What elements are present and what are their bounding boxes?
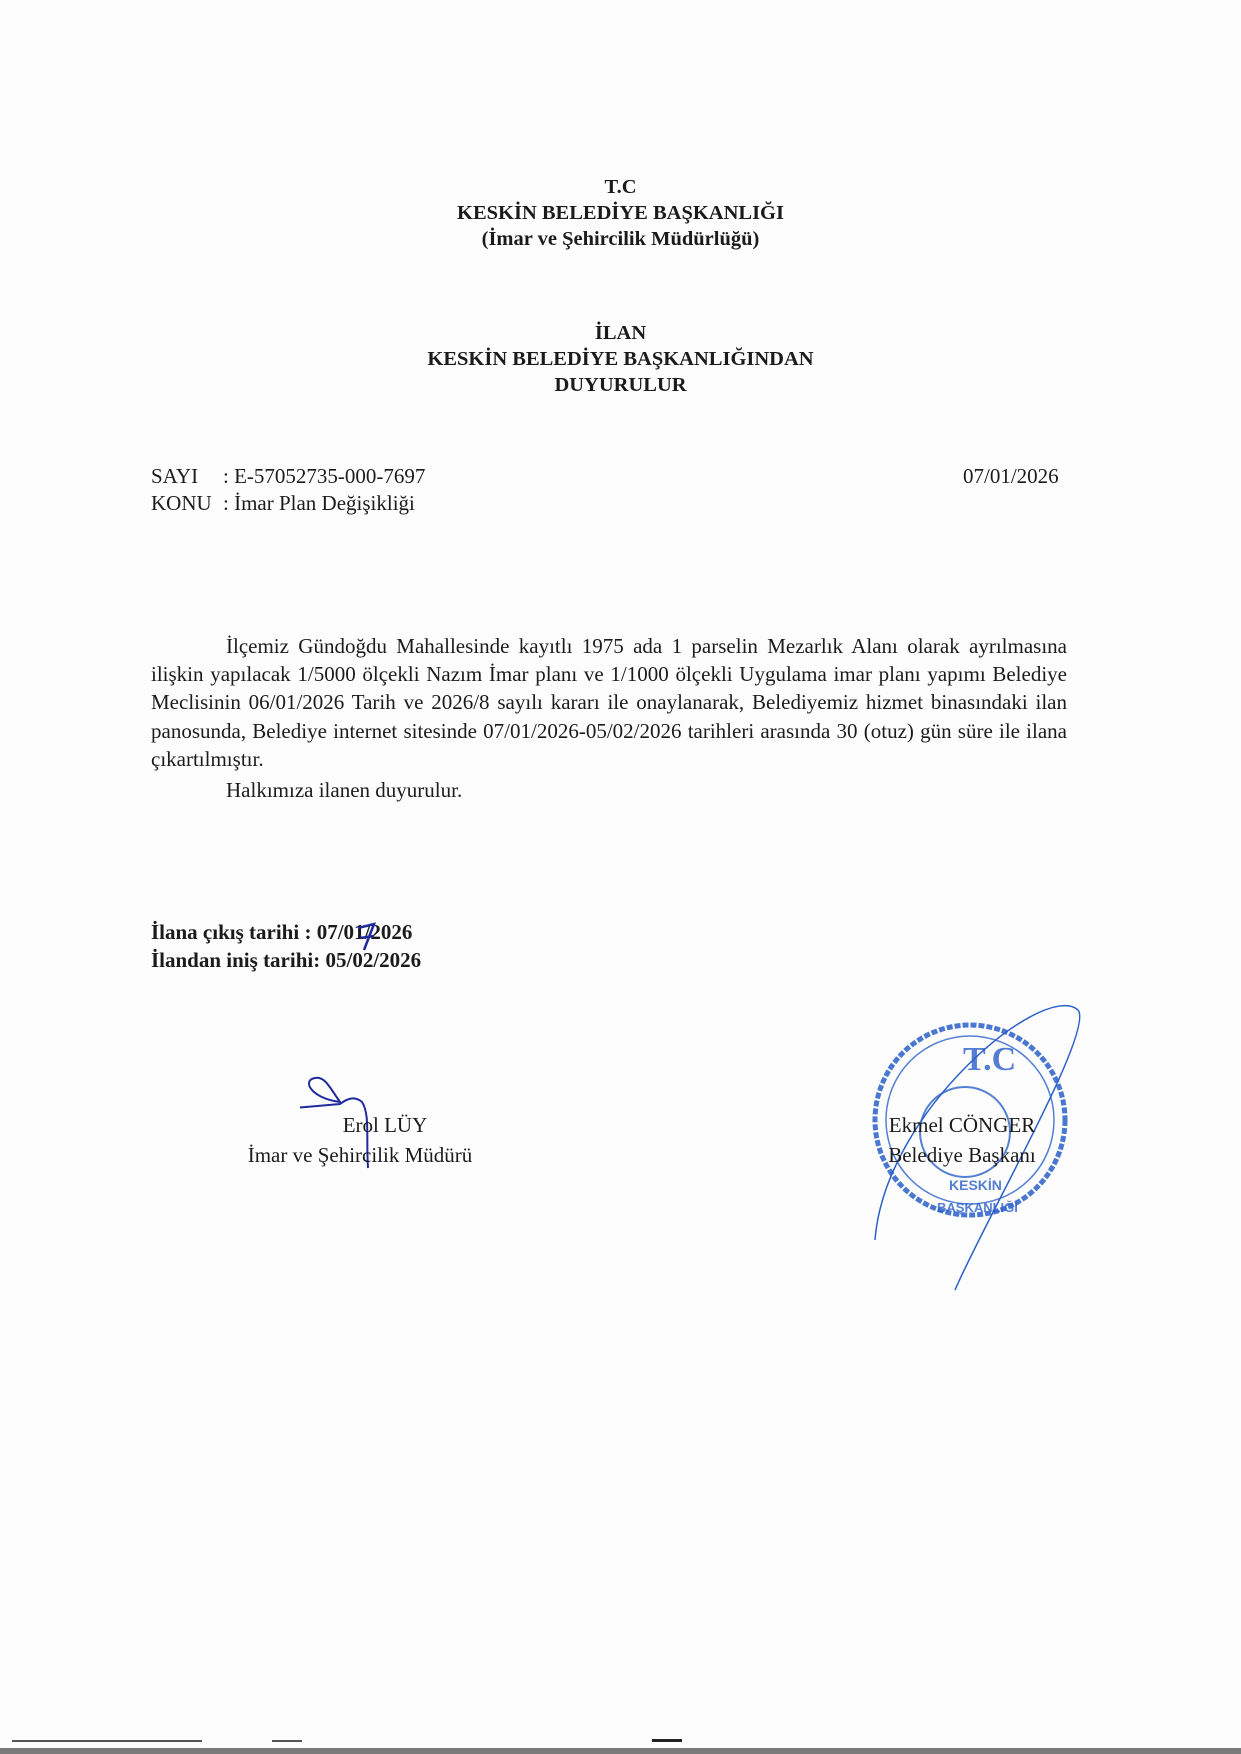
scan-artifact-line [652, 1739, 682, 1742]
signer-name-left: Erol LÜY [200, 1110, 520, 1140]
start-date-label: İlana çıkış tarihi : [151, 918, 311, 946]
signer-title-right: Belediye Başkanı [852, 1140, 1072, 1170]
document-meta: SAYI: E-57052735-000-7697 KONU: İmar Pla… [151, 463, 425, 517]
konu-value: : İmar Plan Değişikliği [223, 491, 415, 515]
sayi-row: SAYI: E-57052735-000-7697 [151, 463, 425, 490]
header-municipality: KESKİN BELEDİYE BAŞKANLIĞI [0, 200, 1241, 226]
closing-line: Halkımıza ilanen duyurulur. [226, 776, 462, 804]
signer-name-right: Ekmel CÖNGER [852, 1110, 1072, 1140]
announcement-notice: DUYURULUR [0, 372, 1241, 398]
document-header: T.C KESKİN BELEDİYE BAŞKANLIĞI (İmar ve … [0, 174, 1241, 252]
signer-title-left: İmar ve Şehircilik Müdürü [200, 1140, 520, 1170]
announcement-body: İlçemiz Gündoğdu Mahallesinde kayıtlı 19… [151, 632, 1067, 773]
konu-row: KONU: İmar Plan Değişikliği [151, 490, 425, 517]
scan-artifact-line [272, 1740, 302, 1742]
document-date: 07/01/2026 [963, 463, 1059, 490]
scan-artifact-line [12, 1740, 202, 1742]
scan-bottom-edge [0, 1748, 1241, 1754]
signature-block-left: Erol LÜY İmar ve Şehircilik Müdürü [200, 1110, 520, 1170]
end-date-row: İlandan iniş tarihi: 05/02/2026 [151, 946, 421, 974]
end-date-label: İlandan iniş tarihi: [151, 946, 320, 974]
sayi-value: : E-57052735-000-7697 [223, 464, 425, 488]
svg-text:KESKİN: KESKİN [949, 1177, 1002, 1193]
header-tc: T.C [0, 174, 1241, 200]
announcement-title-block: İLAN KESKİN BELEDİYE BAŞKANLIĞINDAN DUYU… [0, 320, 1241, 398]
body-paragraph: İlçemiz Gündoğdu Mahallesinde kayıtlı 19… [151, 632, 1067, 773]
posting-dates: İlana çıkış tarihi : 07/01/2026 İlandan … [151, 918, 421, 974]
header-department: (İmar ve Şehircilik Müdürlüğü) [0, 226, 1241, 252]
start-date-value: 07/01/2026 [317, 920, 413, 944]
svg-text:BAŞKANLIĞI: BAŞKANLIĞI [937, 1200, 1018, 1215]
sayi-label: SAYI [151, 463, 223, 490]
announcement-from: KESKİN BELEDİYE BAŞKANLIĞINDAN [0, 346, 1241, 372]
end-date-value: 05/02/2026 [325, 948, 421, 972]
start-date-row: İlana çıkış tarihi : 07/01/2026 [151, 918, 421, 946]
announcement-title: İLAN [0, 320, 1241, 346]
signature-block-right: Ekmel CÖNGER Belediye Başkanı [852, 1110, 1072, 1170]
konu-label: KONU [151, 490, 223, 517]
svg-text:T.C: T.C [963, 1041, 1016, 1078]
